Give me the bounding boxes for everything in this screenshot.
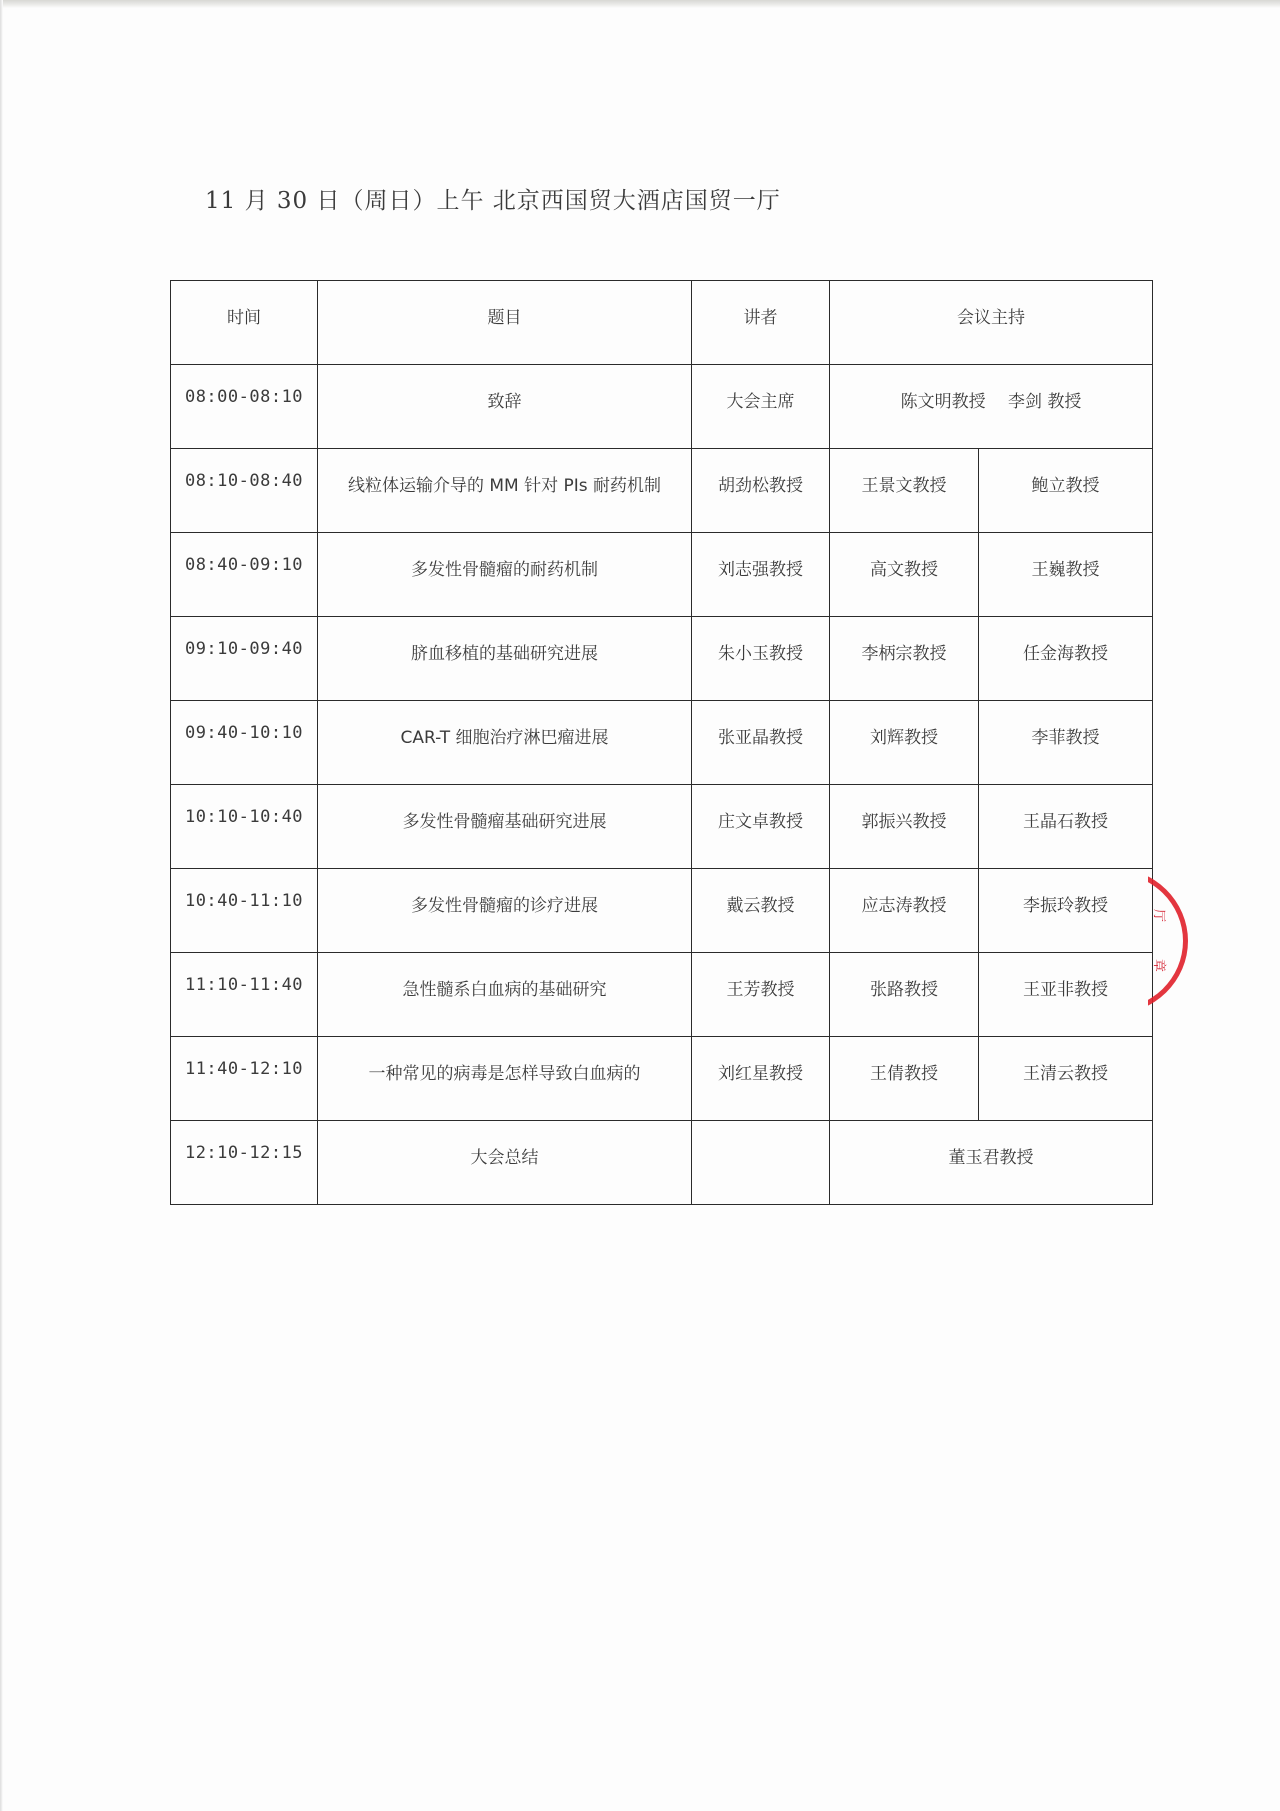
row-moderator-1: 张路教授	[830, 953, 979, 1037]
row-speaker	[692, 1121, 830, 1205]
row-topic: 多发性骨髓瘤的诊疗进展	[318, 869, 692, 953]
row-speaker: 刘志强教授	[692, 533, 830, 617]
session-title: 11 月 30 日（周日）上午 北京西国贸大酒店国贸一厅	[205, 182, 781, 215]
row-speaker: 大会主席	[692, 365, 830, 449]
row-moderators: 董玉君教授	[830, 1121, 1153, 1205]
row-topic: 多发性骨髓瘤基础研究进展	[318, 785, 692, 869]
row-moderator-2: 王晶石教授	[979, 785, 1153, 869]
row-moderator-1: 王景文教授	[830, 449, 979, 533]
header-row: 时间 题目 讲者 会议主持	[171, 281, 1153, 365]
row-moderator-1: 李柄宗教授	[830, 617, 979, 701]
row-time: 10:10-10:40	[171, 785, 318, 869]
row-topic: 脐血移植的基础研究进展	[318, 617, 692, 701]
row-moderator-2: 王清云教授	[979, 1037, 1153, 1121]
row-topic: 一种常见的病毒是怎样导致白血病的	[318, 1037, 692, 1121]
header-speaker: 讲者	[692, 281, 830, 365]
row-moderator-2: 王亚非教授	[979, 953, 1153, 1037]
row-moderator-1: 刘辉教授	[830, 701, 979, 785]
row-speaker: 朱小玉教授	[692, 617, 830, 701]
table-row: 08:00-08:10 致辞 大会主席 陈文明教授 李剑 教授	[171, 365, 1153, 449]
header-time: 时间	[171, 281, 318, 365]
table-row: 11:40-12:10 一种常见的病毒是怎样导致白血病的 刘红星教授 王倩教授 …	[171, 1037, 1153, 1121]
row-moderator-2: 任金海教授	[979, 617, 1153, 701]
row-time: 08:10-08:40	[171, 449, 318, 533]
row-speaker: 刘红星教授	[692, 1037, 830, 1121]
seal-ring	[1148, 868, 1188, 1014]
row-time: 12:10-12:15	[171, 1121, 318, 1205]
header-moderator: 会议主持	[830, 281, 1153, 365]
row-topic: 线粒体运输介导的 MM 针对 PIs 耐药机制	[318, 449, 692, 533]
row-moderator-2: 李振玲教授	[979, 869, 1153, 953]
row-topic: 致辞	[318, 365, 692, 449]
seal-text-1: 厅	[1151, 909, 1170, 922]
row-time: 11:40-12:10	[171, 1037, 318, 1121]
header-topic: 题目	[318, 281, 692, 365]
row-speaker: 张亚晶教授	[692, 701, 830, 785]
table-row: 08:10-08:40 线粒体运输介导的 MM 针对 PIs 耐药机制 胡劲松教…	[171, 449, 1153, 533]
row-speaker: 胡劲松教授	[692, 449, 830, 533]
row-speaker: 王芳教授	[692, 953, 830, 1037]
row-moderator-1: 郭振兴教授	[830, 785, 979, 869]
row-moderator-1: 应志涛教授	[830, 869, 979, 953]
row-topic: 多发性骨髓瘤的耐药机制	[318, 533, 692, 617]
table-row: 12:10-12:15 大会总结 董玉君教授	[171, 1121, 1153, 1205]
table-row: 09:10-09:40 脐血移植的基础研究进展 朱小玉教授 李柄宗教授 任金海教…	[171, 617, 1153, 701]
seal-text-2: 章	[1151, 959, 1170, 972]
row-topic: 急性髓系白血病的基础研究	[318, 953, 692, 1037]
row-moderator-1: 高文教授	[830, 533, 979, 617]
row-moderators: 陈文明教授 李剑 教授	[830, 365, 1153, 449]
row-time: 08:00-08:10	[171, 365, 318, 449]
scan-edge-top	[0, 0, 1280, 8]
row-moderator-2: 王巍教授	[979, 533, 1153, 617]
schedule-table: 时间 题目 讲者 会议主持 08:00-08:10 致辞 大会主席 陈文明教授 …	[170, 280, 1153, 1205]
row-speaker: 戴云教授	[692, 869, 830, 953]
row-moderator-1: 王倩教授	[830, 1037, 979, 1121]
table-row: 10:40-11:10 多发性骨髓瘤的诊疗进展 戴云教授 应志涛教授 李振玲教授	[171, 869, 1153, 953]
table-row: 08:40-09:10 多发性骨髓瘤的耐药机制 刘志强教授 高文教授 王巍教授	[171, 533, 1153, 617]
row-time: 08:40-09:10	[171, 533, 318, 617]
table-row: 11:10-11:40 急性髓系白血病的基础研究 王芳教授 张路教授 王亚非教授	[171, 953, 1153, 1037]
row-speaker: 庄文卓教授	[692, 785, 830, 869]
row-topic: CAR-T 细胞治疗淋巴瘤进展	[318, 701, 692, 785]
table-row: 09:40-10:10 CAR-T 细胞治疗淋巴瘤进展 张亚晶教授 刘辉教授 李…	[171, 701, 1153, 785]
row-moderator-2: 李菲教授	[979, 701, 1153, 785]
row-time: 10:40-11:10	[171, 869, 318, 953]
scan-edge-left	[0, 0, 3, 1811]
table-row: 10:10-10:40 多发性骨髓瘤基础研究进展 庄文卓教授 郭振兴教授 王晶石…	[171, 785, 1153, 869]
row-topic: 大会总结	[318, 1121, 692, 1205]
row-moderator-2: 鲍立教授	[979, 449, 1153, 533]
red-seal-stamp: 厅 章	[1148, 868, 1208, 1018]
row-time: 09:40-10:10	[171, 701, 318, 785]
row-time: 09:10-09:40	[171, 617, 318, 701]
row-time: 11:10-11:40	[171, 953, 318, 1037]
